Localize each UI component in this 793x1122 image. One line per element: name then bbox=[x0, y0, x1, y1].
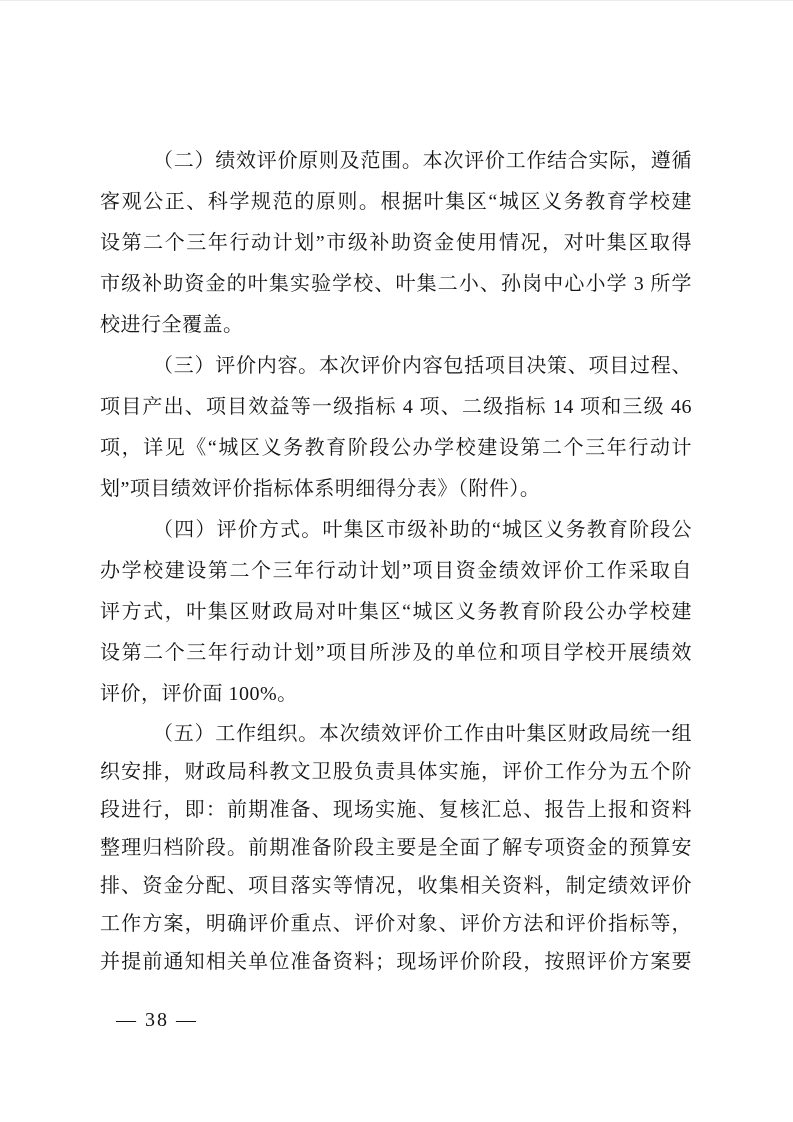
text-line: 设第二个三年行动计划”项目所涉及的单位和项目学校开展绩效 bbox=[100, 633, 692, 674]
text-line: 织安排，财政局科教文卫股负责具体实施，评价工作分为五个阶 bbox=[100, 753, 692, 791]
paragraph-evaluation-content: （三）评价内容。本次评价内容包括项目决策、项目过程、 项目产出、项目效益等一级指… bbox=[100, 346, 692, 510]
paragraph-principles-scope: （二）绩效评价原则及范围。本次评价工作结合实际，遵循 客观公正、科学规范的原则。… bbox=[100, 141, 692, 346]
text-line: 整理归档阶段。前期准备阶段主要是全面了解专项资金的预算安 bbox=[100, 829, 692, 867]
text-line: 并提前通知相关单位准备资料；现场评价阶段，按照评价方案要 bbox=[100, 943, 692, 981]
document-page: （二）绩效评价原则及范围。本次评价工作结合实际，遵循 客观公正、科学规范的原则。… bbox=[0, 0, 793, 1122]
text-line: 设第二个三年行动计划”市级补助资金使用情况，对叶集区取得 bbox=[100, 223, 692, 264]
text-line: 评方式，叶集区财政局对叶集区“城区义务教育阶段公办学校建 bbox=[100, 592, 692, 633]
text-line: （三）评价内容。本次评价内容包括项目决策、项目过程、 bbox=[100, 346, 692, 387]
paragraph-work-organization: （五）工作组织。本次绩效评价工作由叶集区财政局统一组 织安排，财政局科教文卫股负… bbox=[100, 715, 692, 981]
document-body: （二）绩效评价原则及范围。本次评价工作结合实际，遵循 客观公正、科学规范的原则。… bbox=[100, 141, 692, 981]
text-line: 评价，评价面 100%。 bbox=[100, 674, 692, 715]
text-line: 段进行，即：前期准备、现场实施、复核汇总、报告上报和资料 bbox=[100, 791, 692, 829]
text-line: 项，详见《“城区义务教育阶段公办学校建设第二个三年行动计 bbox=[100, 428, 692, 469]
text-line: 划”项目绩效评价指标体系明细得分表》（附件）。 bbox=[100, 469, 692, 510]
text-line: （五）工作组织。本次绩效评价工作由叶集区财政局统一组 bbox=[100, 715, 692, 753]
paragraph-evaluation-method: （四）评价方式。叶集区市级补助的“城区义务教育阶段公 办学校建设第二个三年行动计… bbox=[100, 510, 692, 715]
text-line: （四）评价方式。叶集区市级补助的“城区义务教育阶段公 bbox=[100, 510, 692, 551]
text-line: 排、资金分配、项目落实等情况，收集相关资料，制定绩效评价 bbox=[100, 867, 692, 905]
text-line: 市级补助资金的叶集实验学校、叶集二小、孙岗中心小学 3 所学 bbox=[100, 264, 692, 305]
text-line: （二）绩效评价原则及范围。本次评价工作结合实际，遵循 bbox=[100, 141, 692, 182]
text-line: 客观公正、科学规范的原则。根据叶集区“城区义务教育学校建 bbox=[100, 182, 692, 223]
text-line: 办学校建设第二个三年行动计划”项目资金绩效评价工作采取自 bbox=[100, 551, 692, 592]
text-line: 工作方案，明确评价重点、评价对象、评价方法和评价指标等， bbox=[100, 905, 692, 943]
page-number: — 38 — bbox=[116, 1007, 198, 1033]
text-line: 校进行全覆盖。 bbox=[100, 305, 692, 346]
text-line: 项目产出、项目效益等一级指标 4 项、二级指标 14 项和三级 46 bbox=[100, 387, 692, 428]
